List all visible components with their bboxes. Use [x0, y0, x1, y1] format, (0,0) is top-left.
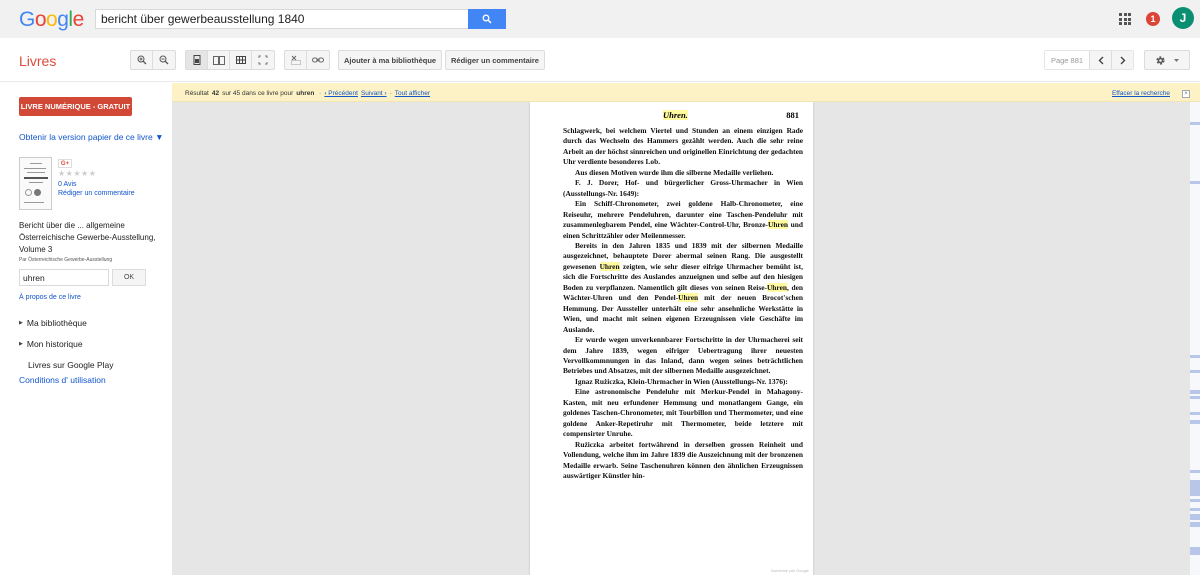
- sidebar-item-label: Livres sur Google Play: [28, 360, 114, 370]
- result-prefix: Résultat: [185, 90, 209, 97]
- chevron-left-icon: [1098, 56, 1104, 65]
- search-highlight: Uhren: [600, 262, 620, 271]
- free-ebook-button[interactable]: LIVRE NUMÉRIQUE - GRATUIT: [19, 97, 132, 116]
- result-middle: sur 45 dans ce livre pour: [222, 90, 293, 97]
- search-input[interactable]: [95, 9, 468, 29]
- link-icon: [312, 57, 324, 63]
- sidebar-item-label: Ma bibliothèque: [27, 318, 87, 328]
- sidebar-item-google-play-books[interactable]: Livres sur Google Play: [28, 360, 114, 370]
- paragraph: Eine astronomische Pendeluhr mit Merkur-…: [563, 387, 803, 439]
- separator: -: [317, 90, 321, 97]
- single-page-view-button[interactable]: [186, 51, 208, 69]
- zoom-in-button[interactable]: [131, 51, 153, 69]
- search-hit-scrollbar[interactable]: [1190, 102, 1200, 575]
- paragraph: Schlagwerk, bei welchem Viertel und Stun…: [563, 126, 803, 168]
- search-highlight: Uhren: [768, 220, 788, 229]
- google-top-bar: Google 1 J: [0, 0, 1200, 38]
- paragraph: Ein Schiff-Chronometer, zwei goldene Hal…: [563, 199, 803, 241]
- search-highlight: Uhren: [678, 293, 698, 302]
- thumbnail-view-button[interactable]: [230, 51, 252, 69]
- page-navigation: Page 881: [1044, 50, 1134, 70]
- notification-badge[interactable]: 1: [1146, 12, 1160, 26]
- paragraph: Aus diesen Motiven wurde ihm die silbern…: [563, 168, 803, 178]
- running-title: Uhren.: [663, 110, 688, 120]
- zoom-out-button[interactable]: [153, 51, 175, 69]
- settings-button[interactable]: [1144, 50, 1190, 70]
- google-plus-button[interactable]: G+: [58, 159, 72, 168]
- add-to-library-button[interactable]: Ajouter à ma bibliothèque: [338, 50, 442, 70]
- rating-stars[interactable]: ★★★★★: [58, 169, 96, 178]
- reviews-count-link[interactable]: 0 Avis: [58, 181, 77, 188]
- search-icon: [482, 14, 492, 24]
- zoom-group: [130, 50, 176, 70]
- expand-triangle-icon: ▶: [19, 320, 23, 326]
- result-term: uhren: [296, 90, 314, 97]
- zoom-out-icon: [159, 55, 169, 65]
- previous-page-button[interactable]: [1089, 51, 1111, 69]
- expand-triangle-icon: ▶: [19, 341, 23, 347]
- paragraph: F. J. Dorer, Hof- und bürgerlicher Gross…: [563, 178, 803, 199]
- caret-down-icon: [1174, 59, 1179, 62]
- zoom-in-icon: [137, 55, 147, 65]
- paragraph: Rużiczka arbeitet fortwährend in derselb…: [563, 440, 803, 482]
- fullscreen-button[interactable]: [252, 51, 274, 69]
- chevron-right-icon: [1120, 56, 1126, 65]
- result-current: 42: [212, 90, 219, 97]
- clip-button[interactable]: [285, 51, 307, 69]
- gear-icon: [1155, 55, 1166, 66]
- left-sidebar: LIVRE NUMÉRIQUE - GRATUIT Obtenir la ver…: [0, 83, 172, 575]
- fullscreen-icon: [258, 55, 268, 65]
- clear-search-link[interactable]: Effacer la recherche: [1112, 90, 1170, 97]
- books-toolbar: Livres Ajouter à ma bibliothèque Rédig: [0, 38, 1200, 82]
- search-result-bar: Résultat 42 sur 45 dans ce livre pour uh…: [172, 83, 1200, 102]
- book-author: Par Österreichische Gewerbe-Ausstellung: [19, 257, 112, 263]
- sidebar-item-my-history[interactable]: ▶ Mon historique: [19, 339, 83, 349]
- previous-result-link[interactable]: ‹ Précédent: [324, 90, 358, 97]
- avatar[interactable]: J: [1172, 7, 1194, 29]
- show-all-results-link[interactable]: Tout afficher: [395, 90, 430, 97]
- digitized-by-footnote: Numérisé par Google: [771, 568, 809, 573]
- search-highlight: Uhren: [767, 283, 787, 292]
- clip-link-group: [284, 50, 330, 70]
- two-page-view-button[interactable]: [208, 51, 230, 69]
- page-text: Schlagwerk, bei welchem Viertel und Stun…: [563, 126, 803, 481]
- book-cover-thumbnail[interactable]: [19, 157, 52, 210]
- write-review-link[interactable]: Rédiger un commentaire: [58, 190, 135, 197]
- search-in-book-input[interactable]: [19, 269, 109, 286]
- search-button[interactable]: [468, 9, 506, 29]
- paragraph: Ignaz Rużiczka, Klein-Uhrmacher in Wien …: [563, 377, 803, 387]
- sidebar-item-my-library[interactable]: ▶ Ma bibliothèque: [19, 318, 87, 328]
- scissors-icon: [291, 55, 301, 65]
- grid-view-icon: [236, 56, 246, 64]
- sidebar-item-label: Mon historique: [27, 339, 83, 349]
- next-page-button[interactable]: [1111, 51, 1133, 69]
- paragraph: Bereits in den Jahren 1835 und 1839 mit …: [563, 241, 803, 335]
- book-title: Bericht über die ... allgemeine Österrei…: [19, 220, 169, 256]
- google-logo[interactable]: Google: [19, 8, 84, 32]
- two-page-icon: [213, 56, 225, 65]
- apps-grid-icon[interactable]: [1119, 13, 1131, 25]
- terms-of-use-link[interactable]: Conditions d' utilisation: [19, 375, 106, 385]
- write-review-button[interactable]: Rédiger un commentaire: [445, 50, 545, 70]
- page-number-label: Page 881: [1045, 51, 1089, 69]
- separator: -: [390, 90, 392, 97]
- next-result-link[interactable]: Suivant ›: [361, 90, 387, 97]
- book-page: Uhren. 881 Schlagwerk, bei welchem Viert…: [530, 102, 813, 575]
- get-print-copy-link[interactable]: Obtenir la version papier de ce livre ▼: [19, 132, 163, 142]
- book-viewer[interactable]: Uhren. 881 Schlagwerk, bei welchem Viert…: [172, 102, 1190, 575]
- printed-page-number: 881: [786, 110, 799, 120]
- link-button[interactable]: [307, 51, 329, 69]
- view-mode-group: [185, 50, 275, 70]
- search-in-book-ok-button[interactable]: OK: [112, 269, 146, 286]
- livres-brand[interactable]: Livres: [19, 53, 56, 69]
- about-book-link[interactable]: À propos de ce livre: [19, 294, 81, 301]
- paragraph: Er wurde wegen unverkennbarer Fortschrit…: [563, 335, 803, 377]
- single-page-icon: [193, 55, 201, 65]
- close-icon[interactable]: ×: [1182, 90, 1190, 98]
